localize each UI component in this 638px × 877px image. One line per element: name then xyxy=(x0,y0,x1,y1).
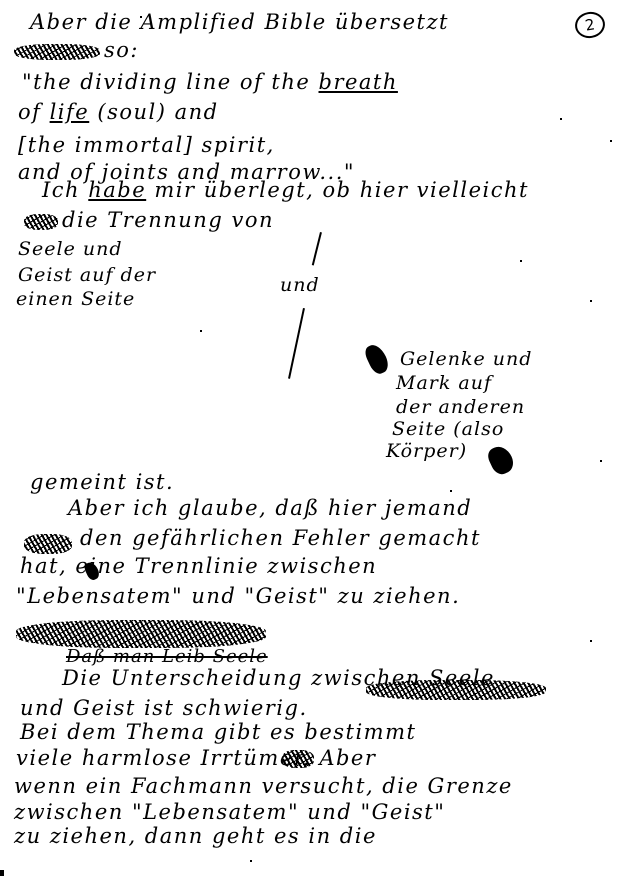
text-line-7: Ich habe mir überlegt, ob hier vielleich… xyxy=(42,180,529,201)
crossed-out-word xyxy=(24,214,58,230)
scan-speck xyxy=(0,870,4,876)
divider-line-bottom xyxy=(288,308,305,379)
text-line-1: Aber die Amplified Bible übersetzt xyxy=(30,12,449,33)
scan-speck xyxy=(520,260,522,262)
scan-speck xyxy=(590,640,592,642)
divider-line-top xyxy=(312,232,322,265)
text-line-9: Seele und xyxy=(18,240,123,259)
scan-speck xyxy=(610,140,612,142)
text-line-26: viele harmlose Irrtümer. Aber xyxy=(16,748,376,769)
scan-speck xyxy=(200,330,202,332)
text-line-20: den gefährlichen Fehler gemacht xyxy=(80,528,481,549)
text-line-14: Mark auf xyxy=(396,374,492,393)
scan-speck xyxy=(250,860,252,862)
scan-speck xyxy=(560,118,562,120)
text-line-24: und Geist ist schwierig. xyxy=(20,698,308,719)
text-line-8: die Trennung von xyxy=(62,210,274,231)
scan-speck xyxy=(600,460,602,462)
text-line-22: "Lebensatem" und "Geist" zu ziehen. xyxy=(16,586,460,607)
text-line-18: gemeint ist. xyxy=(30,472,174,493)
handwritten-page: 2 Aber die Amplified Bible übersetzt so:… xyxy=(0,0,638,877)
text-line-11: einen Seite xyxy=(16,290,135,309)
crossed-out-word xyxy=(366,680,546,700)
text-line-28: zwischen "Lebensatem" und "Geist" xyxy=(14,802,445,823)
text-line-16: Seite (also xyxy=(392,420,504,439)
scan-speck xyxy=(450,490,452,492)
text-line-21: hat, eine Trennlinie zwischen xyxy=(20,556,377,577)
text-line-4: of life (soul) and xyxy=(18,102,219,123)
text-line-27: wenn ein Fachmann versucht, die Grenze xyxy=(14,776,513,797)
quote-text: "the dividing line of the breath xyxy=(22,70,398,94)
ink-blot xyxy=(485,443,517,478)
crossed-out-word xyxy=(14,44,100,60)
text-line-25: Bei dem Thema gibt es bestimmt xyxy=(20,722,416,743)
crossed-out-line xyxy=(16,620,266,648)
scan-speck xyxy=(140,16,142,18)
text-line-13: Gelenke und xyxy=(400,350,532,369)
ink-blot xyxy=(363,342,392,377)
text-line-29: zu ziehen, dann geht es in die xyxy=(14,826,377,847)
text-line-19: Aber ich glaube, daß hier jemand xyxy=(68,498,472,519)
struck-through-line: Daß man Leib Seele xyxy=(66,646,268,667)
scan-speck xyxy=(590,300,592,302)
text-line-3: "the dividing line of the breath xyxy=(22,72,398,93)
text-line-17: Körper) xyxy=(386,442,467,461)
text-line-2: so: xyxy=(104,40,139,61)
crossed-out-word xyxy=(282,750,314,768)
crossed-out-word xyxy=(24,534,72,554)
text-line-15: der anderen xyxy=(396,398,525,417)
page-number-circle: 2 xyxy=(573,10,607,41)
text-line-12: und xyxy=(280,276,320,295)
text-line-10: Geist auf der xyxy=(18,266,156,285)
text-line-5: [the immortal] spirit, xyxy=(18,135,275,156)
